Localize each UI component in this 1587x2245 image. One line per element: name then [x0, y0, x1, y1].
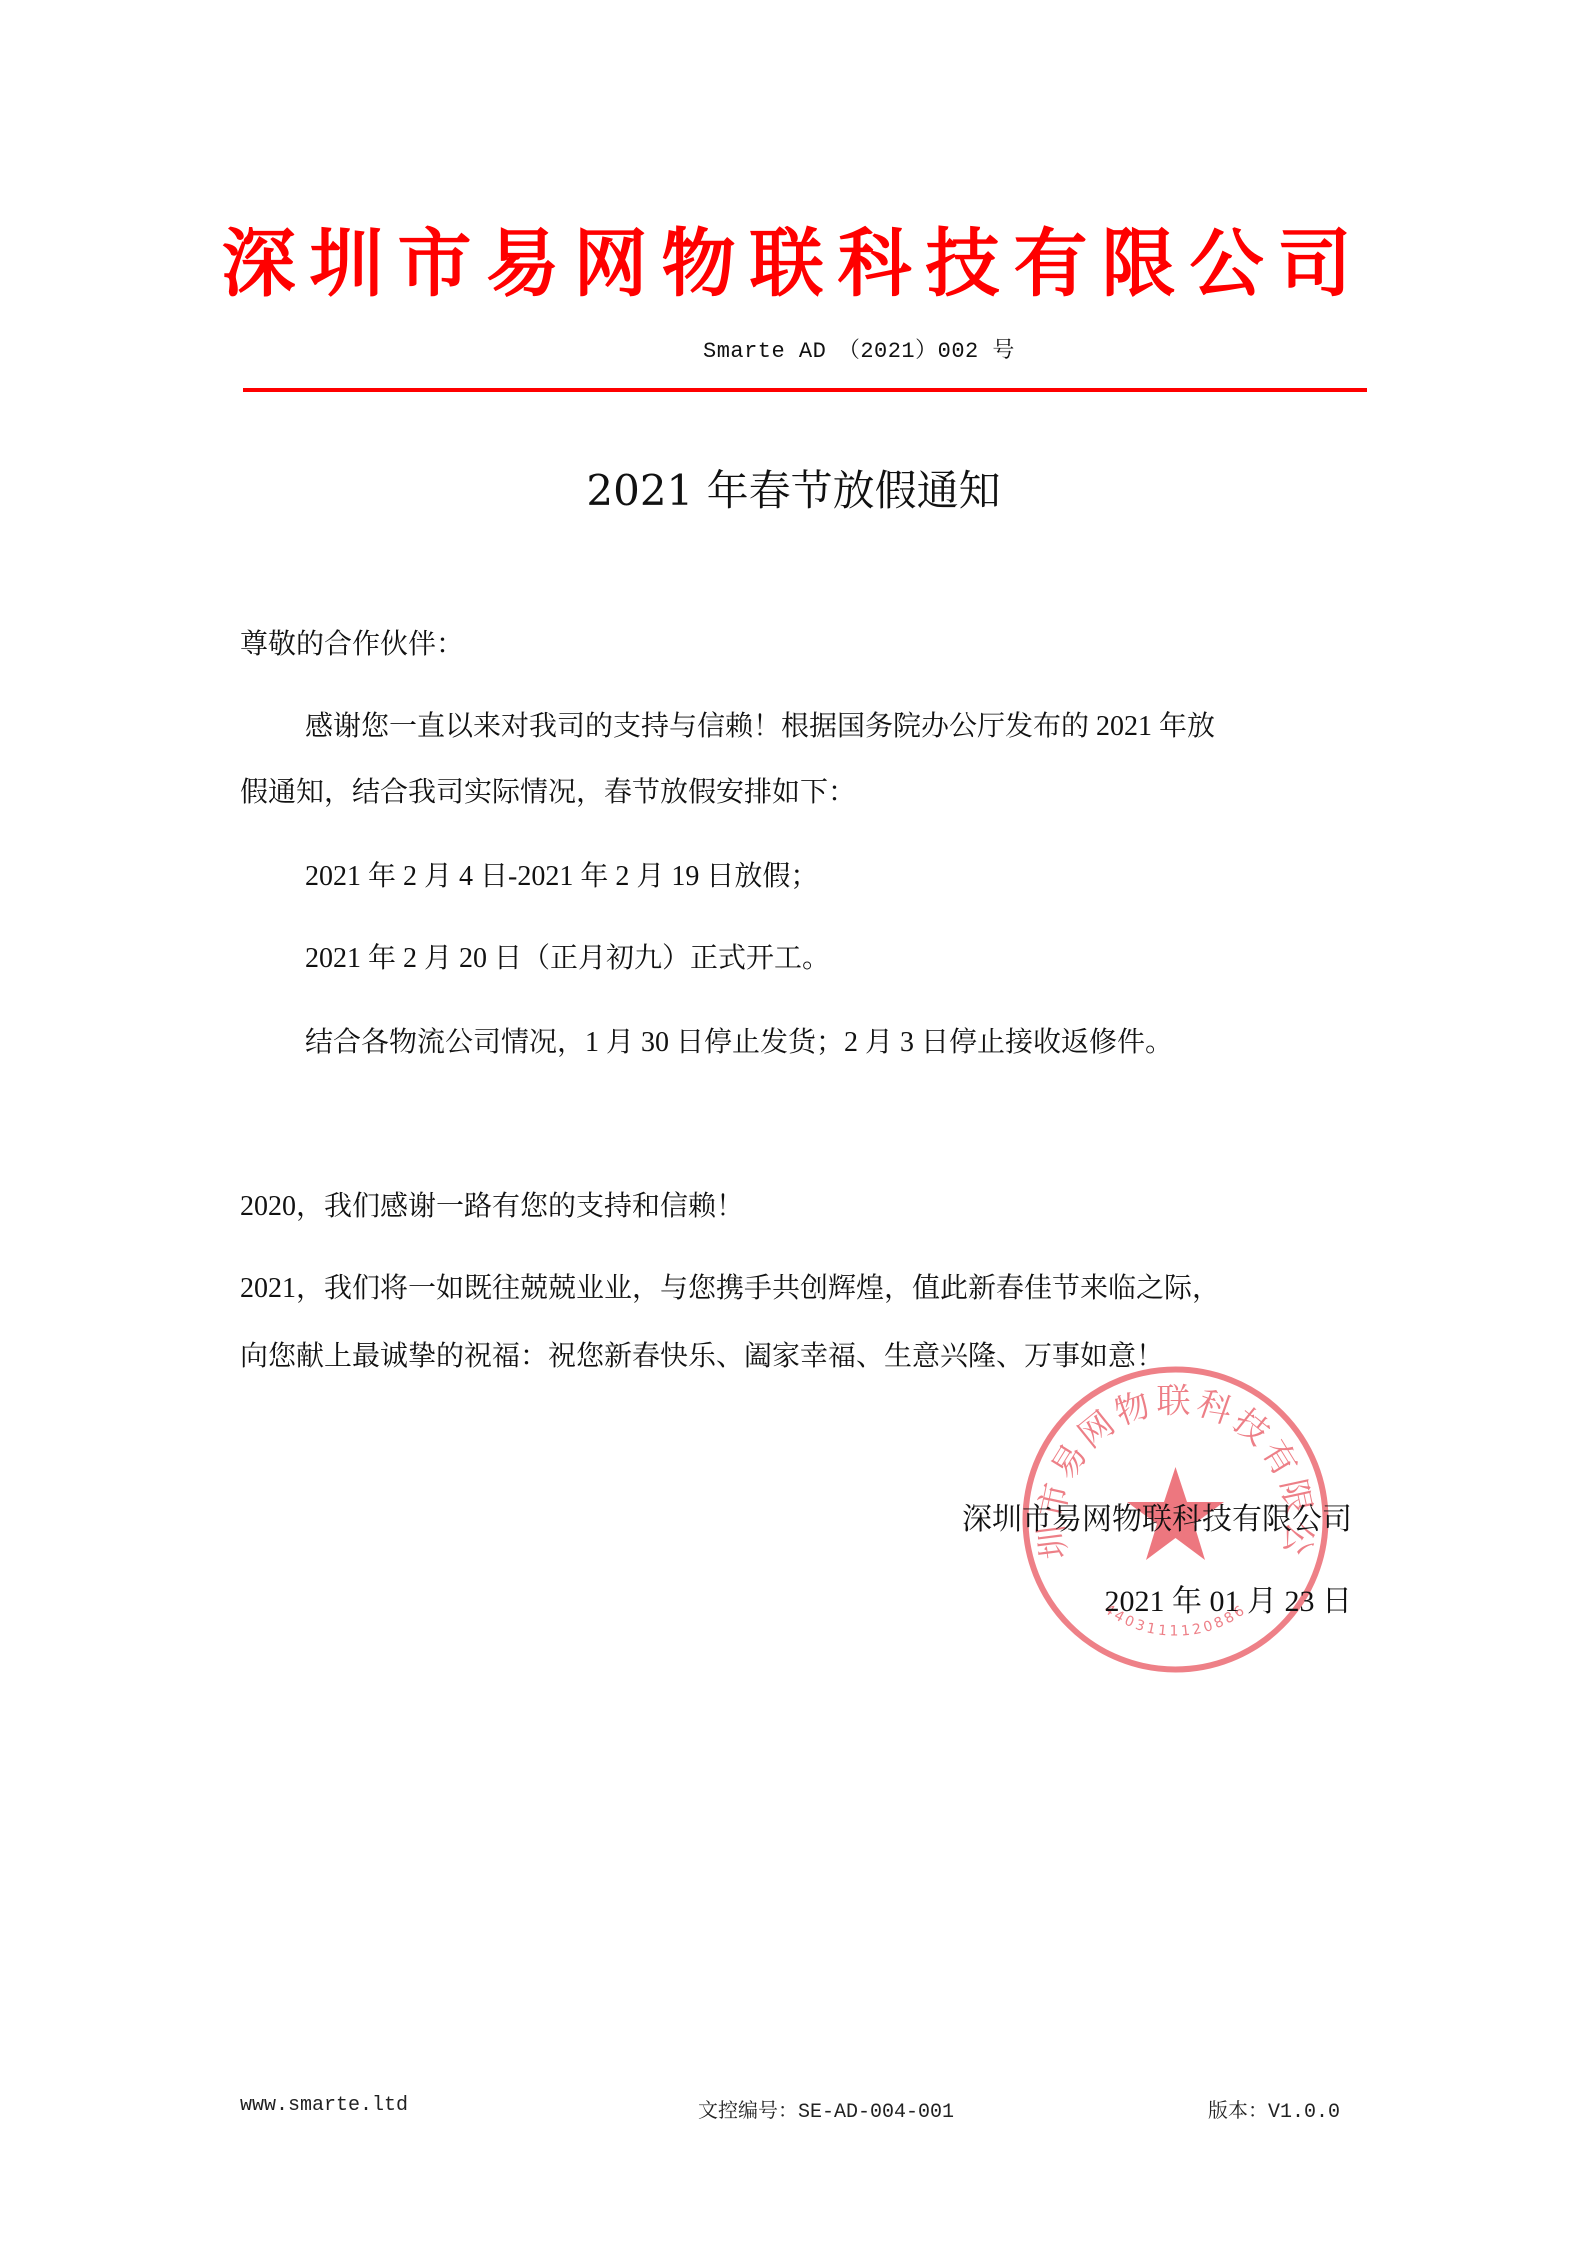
signature-company: 深圳市易网物联科技有限公司	[962, 1494, 1352, 1538]
greeting: 尊敬的合作伙伴：	[240, 622, 464, 662]
footer-doc-control: 文控编号：SE-AD-004-001	[698, 2094, 954, 2124]
closing-wishes-line-1: 2021，我们将一如既往兢兢业业，与您携手共创辉煌，值此新春佳节来临之际，	[240, 1266, 1220, 1306]
schedule-item-holiday: 2021 年 2 月 4 日-2021 年 2 月 19 日放假；	[305, 854, 818, 894]
footer-website: www.smarte.ltd	[240, 2094, 408, 2117]
schedule-item-resume: 2021 年 2 月 20 日（正月初九）正式开工。	[305, 936, 830, 976]
company-letterhead: 深圳市易网物联科技有限公司	[0, 205, 1587, 311]
notice-title: 2021 年春节放假通知	[0, 458, 1587, 518]
intro-paragraph-line-2: 假通知，结合我司实际情况，春节放假安排如下：	[240, 770, 856, 810]
document-number: Smarte AD （2021）002 号	[703, 333, 1015, 364]
signature-date: 2021 年 01 月 23 日	[1105, 1576, 1353, 1620]
intro-paragraph-line-1: 感谢您一直以来对我司的支持与信赖！根据国务院办公厅发布的 2021 年放	[305, 704, 1215, 744]
footer-version: 版本：V1.0.0	[1208, 2094, 1340, 2124]
schedule-item-logistics: 结合各物流公司情况，1 月 30 日停止发货；2 月 3 日停止接收返修件。	[305, 1020, 1173, 1060]
closing-thanks: 2020，我们感谢一路有您的支持和信赖！	[240, 1184, 744, 1224]
letterhead-divider	[243, 388, 1367, 392]
